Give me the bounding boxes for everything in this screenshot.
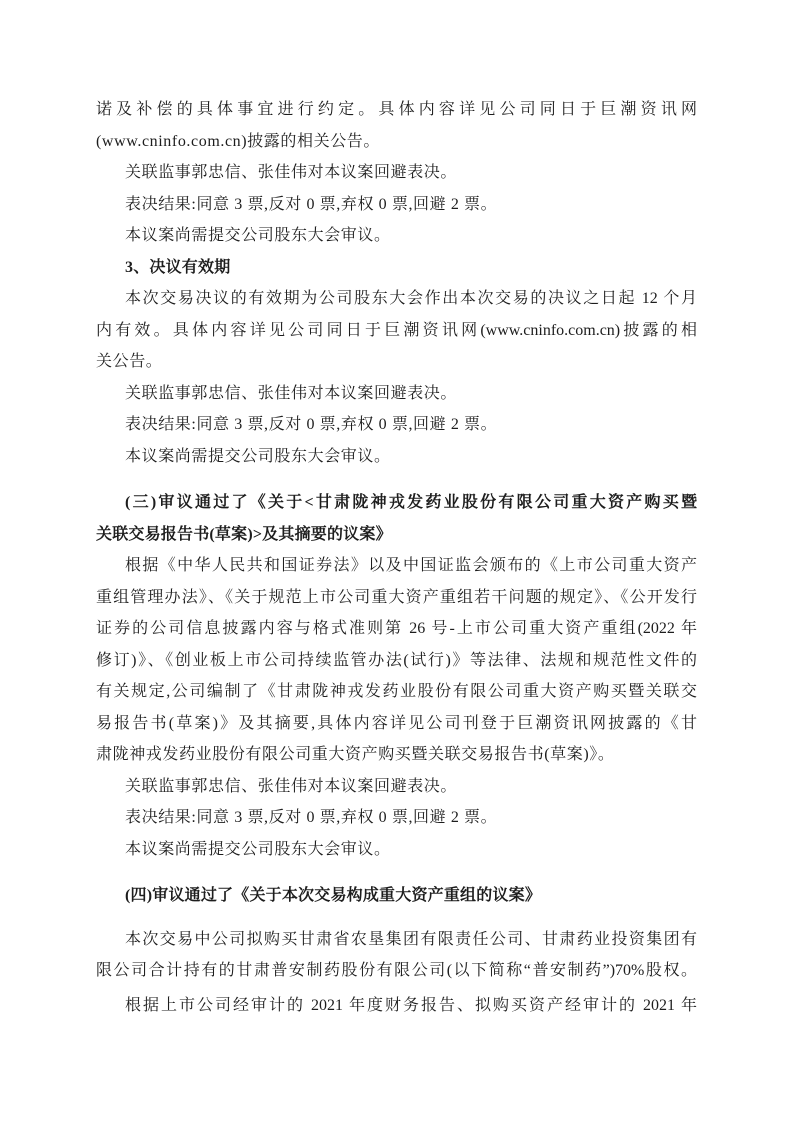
- heading-line: (三)审议通过了《关于<甘肃陇神戎发药业股份有限公司重大资产购买暨: [96, 487, 697, 519]
- text-line: 肃陇神戎发药业股份有限公司重大资产购买暨关联交易报告书(草案)》。: [96, 739, 697, 771]
- text-line: 关联监事郭忠信、张佳伟对本议案回避表决。: [96, 771, 697, 803]
- text-line: 本议案尚需提交公司股东大会审议。: [96, 220, 697, 252]
- text-line: 关联监事郭忠信、张佳伟对本议案回避表决。: [96, 157, 697, 189]
- text-line: 表决结果:同意 3 票,反对 0 票,弃权 0 票,回避 2 票。: [96, 409, 697, 441]
- text-line: 关公告。: [96, 346, 697, 378]
- heading-line: 3、决议有效期: [96, 252, 697, 284]
- text-line: 关联监事郭忠信、张佳伟对本议案回避表决。: [96, 378, 697, 410]
- text-line: 本次交易决议的有效期为公司股东大会作出本次交易的决议之日起 12 个月: [96, 283, 697, 315]
- text-line: 修订)》、《创业板上市公司持续监管办法(试行)》等法律、法规和规范性文件的: [96, 645, 697, 677]
- text-line: 根据上市公司经审计的 2021 年度财务报告、拟购买资产经审计的 2021 年: [96, 990, 697, 1022]
- heading-line: 关联交易报告书(草案)>及其摘要的议案》: [96, 519, 697, 551]
- text-line: 内有效。具体内容详见公司同日于巨潮资讯网(www.cninfo.com.cn)披…: [96, 315, 697, 347]
- document-body: 诺及补偿的具体事宜进行约定。具体内容详见公司同日于巨潮资讯网(www.cninf…: [96, 94, 697, 1021]
- text-line: 本议案尚需提交公司股东大会审议。: [96, 441, 697, 473]
- text-line: 证券的公司信息披露内容与格式准则第 26 号-上市公司重大资产重组(2022 年: [96, 613, 697, 645]
- text-line: 表决结果:同意 3 票,反对 0 票,弃权 0 票,回避 2 票。: [96, 802, 697, 834]
- text-line: 根据《中华人民共和国证券法》以及中国证监会颁布的《上市公司重大资产: [96, 550, 697, 582]
- text-line: 本次交易中公司拟购买甘肃省农垦集团有限责任公司、甘肃药业投资集团有: [96, 924, 697, 956]
- text-line: 有关规定,公司编制了《甘肃陇神戎发药业股份有限公司重大资产购买暨关联交: [96, 676, 697, 708]
- text-line: (www.cninfo.com.cn)披露的相关公告。: [96, 126, 697, 158]
- document-page: 诺及补偿的具体事宜进行约定。具体内容详见公司同日于巨潮资讯网(www.cninf…: [0, 0, 793, 1122]
- text-line: 易报告书(草案)》及其摘要,具体内容详见公司刊登于巨潮资讯网披露的《甘: [96, 708, 697, 740]
- text-line: 表决结果:同意 3 票,反对 0 票,弃权 0 票,回避 2 票。: [96, 189, 697, 221]
- text-line: 诺及补偿的具体事宜进行约定。具体内容详见公司同日于巨潮资讯网: [96, 94, 697, 126]
- text-line: 限公司合计持有的甘肃普安制药股份有限公司(以下简称“普安制药”)70%股权。: [96, 955, 697, 987]
- text-line: 重组管理办法》、《关于规范上市公司重大资产重组若干问题的规定》、《公开发行: [96, 582, 697, 614]
- heading-line: (四)审议通过了《关于本次交易构成重大资产重组的议案》: [96, 880, 697, 912]
- text-line: 本议案尚需提交公司股东大会审议。: [96, 834, 697, 866]
